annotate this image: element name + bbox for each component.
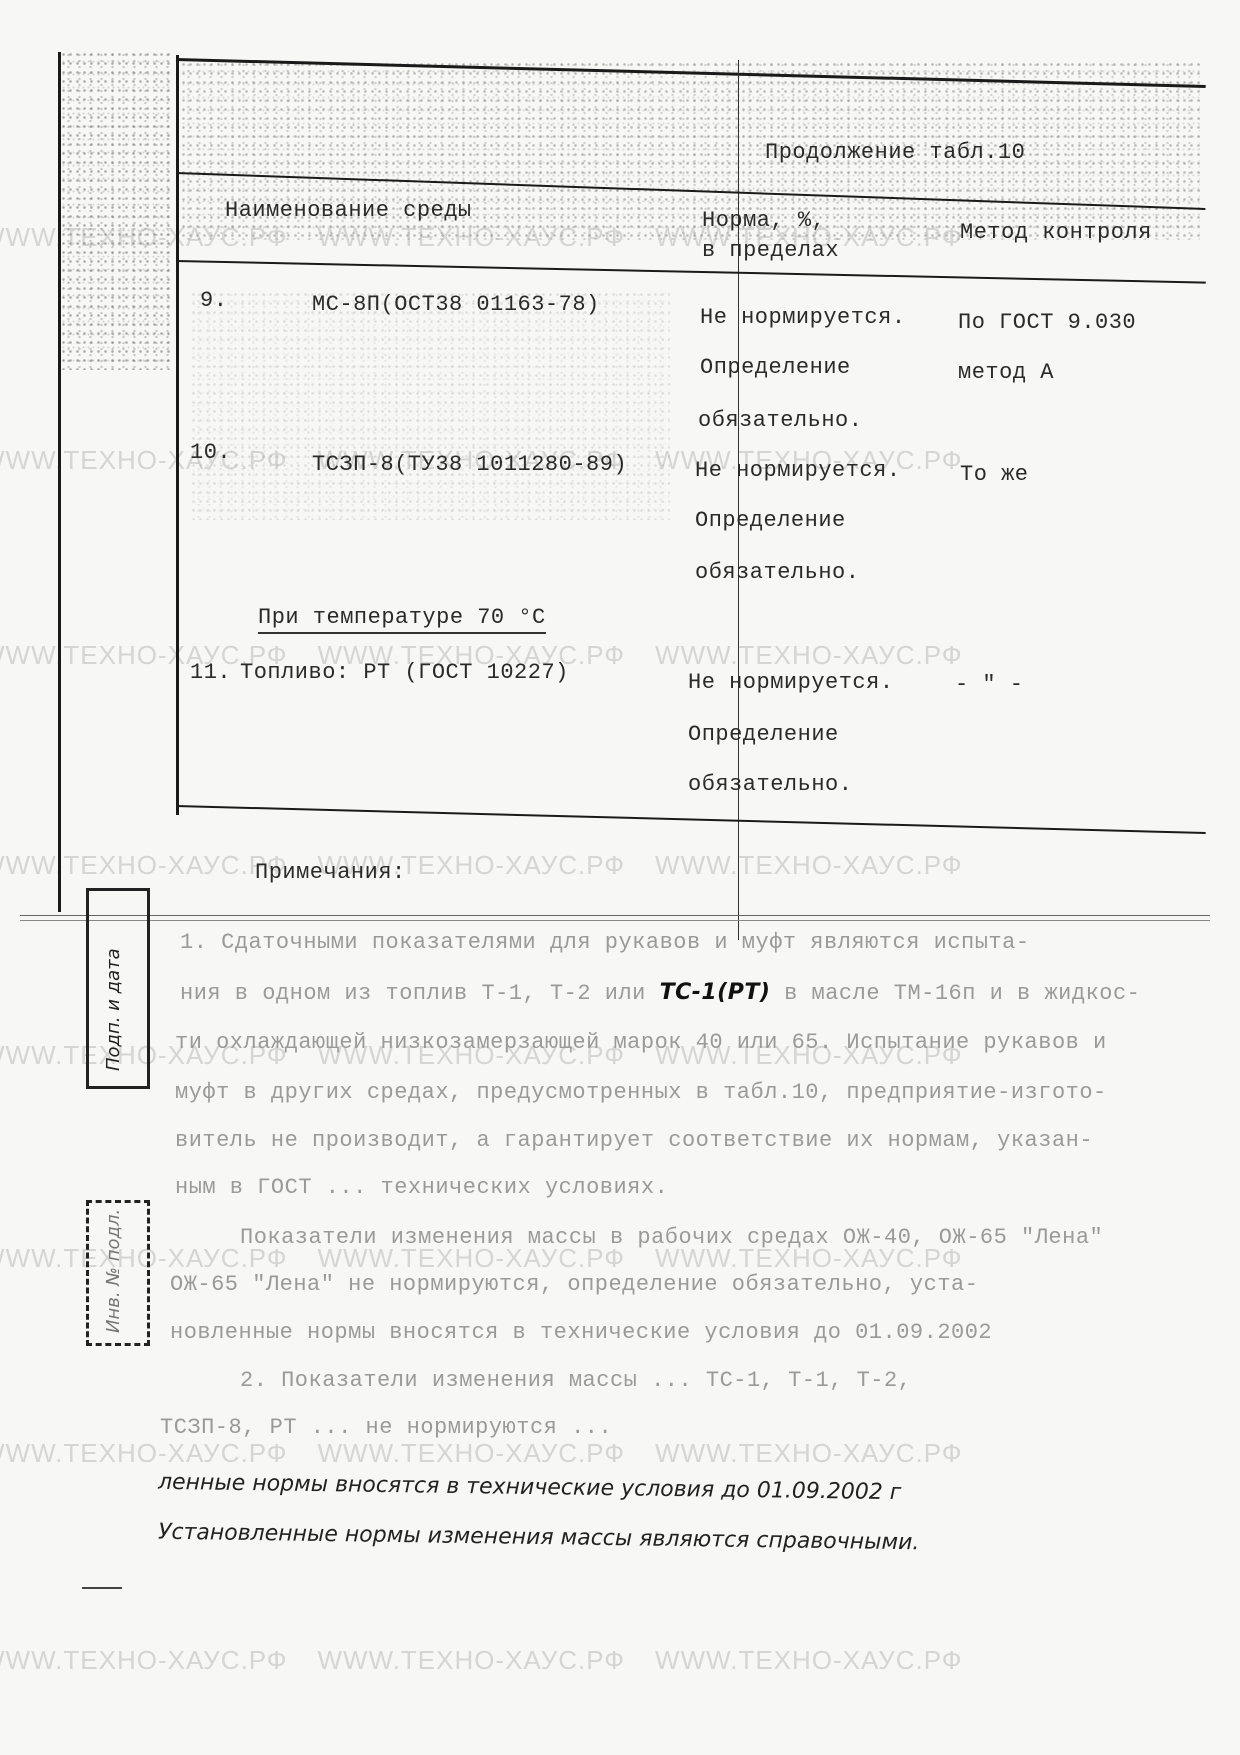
watermark-row: WWW.ТЕХНО-ХАУС.РФWWW.ТЕХНО-ХАУС.РФWWW.ТЕ…: [0, 640, 1240, 671]
scan-noise: [190, 290, 670, 520]
fold-line: [20, 920, 1210, 921]
table-caption: Продолжение табл.10: [765, 140, 1025, 165]
row-number: 11.: [190, 660, 231, 685]
margin-stamp-inventory: Инв. № подл.: [86, 1200, 150, 1346]
notes-title: Примечания:: [255, 860, 406, 885]
row-method: То же: [960, 462, 1029, 487]
header-medium: Наименование среды: [225, 198, 472, 223]
handwritten-insert: ТС-1(РТ): [660, 980, 771, 1005]
handwritten-note: Установленные нормы изменения массы явля…: [158, 1520, 920, 1556]
note-line: 2. Показатели изменения массы ... ТС-1, …: [240, 1368, 911, 1393]
row-norm: Не нормируется.: [700, 305, 906, 330]
row-norm: Определение: [688, 722, 839, 747]
note-line: ти охлаждающей низкозамерзающей марок 40…: [175, 1030, 1107, 1055]
row-method: метод А: [958, 360, 1054, 385]
note-line: 1. Сдаточными показателями для рукавов и…: [180, 930, 1030, 955]
row-norm: Определение: [695, 508, 846, 533]
table-bottom-line: [176, 805, 1206, 834]
frame-left-line: [176, 55, 179, 815]
note-line: ным в ГОСТ ... технических условиях.: [175, 1175, 668, 1200]
header-bottom-line: [176, 260, 1206, 284]
watermark-row: WWW.ТЕХНО-ХАУС.РФWWW.ТЕХНО-ХАУС.РФWWW.ТЕ…: [0, 850, 1240, 881]
note-line: муфт в других средах, предусмотренных в …: [175, 1080, 1107, 1105]
header-norm-line1: Норма, %,: [702, 208, 825, 233]
header-norm-line2: в пределах: [702, 238, 839, 263]
header-method: Метод контроля: [960, 220, 1152, 245]
note-line: ОЖ-65 "Лена" не нормируются, определение…: [170, 1272, 978, 1297]
row-norm: обязательно.: [688, 772, 852, 797]
fold-line: [20, 915, 1210, 916]
row-norm: Определение: [700, 355, 851, 380]
row-method: По ГОСТ 9.030: [958, 310, 1136, 335]
row-medium: МС-8П(ОСТ38 01163-78): [312, 292, 600, 317]
handwritten-note: ленные нормы вносятся в технические усло…: [158, 1470, 902, 1505]
row-medium: ТСЗП-8(ТУ38 1011280-89): [312, 452, 627, 477]
note-line: ния в одном из топлив Т-1, Т-2 или ТС-1(…: [180, 980, 1140, 1006]
note-line: витель не производит, а гарантирует соот…: [175, 1128, 1093, 1153]
row-norm: обязательно.: [695, 560, 859, 585]
section-heading: При температуре 70 °С: [258, 605, 546, 634]
row-medium: Топливо: РТ (ГОСТ 10227): [240, 660, 569, 685]
watermark-row: WWW.ТЕХНО-ХАУС.РФWWW.ТЕХНО-ХАУС.РФWWW.ТЕ…: [0, 1438, 1240, 1469]
row-number: 10.: [190, 440, 231, 465]
margin-stamp-signature: Подп. и дата: [86, 888, 150, 1089]
note-line: Показатели изменения массы в рабочих сре…: [240, 1225, 1103, 1250]
row-norm: Не нормируется.: [688, 670, 894, 695]
note-line: новленные нормы вносятся в технические у…: [170, 1320, 992, 1345]
note-line: ТСЗП-8, РТ ... не нормируются ...: [160, 1415, 612, 1440]
dash-mark: [82, 1587, 122, 1589]
row-norm: Не нормируется.: [695, 458, 901, 483]
margin-line: [58, 52, 61, 912]
row-method: - " -: [955, 672, 1024, 697]
watermark-row: WWW.ТЕХНО-ХАУС.РФWWW.ТЕХНО-ХАУС.РФWWW.ТЕ…: [0, 1645, 1240, 1676]
scanned-page: WWW.ТЕХНО-ХАУС.РФWWW.ТЕХНО-ХАУС.РФWWW.ТЕ…: [0, 0, 1240, 1755]
row-number: 9.: [200, 288, 227, 313]
row-norm: обязательно.: [698, 408, 862, 433]
scan-noise: [60, 50, 170, 370]
